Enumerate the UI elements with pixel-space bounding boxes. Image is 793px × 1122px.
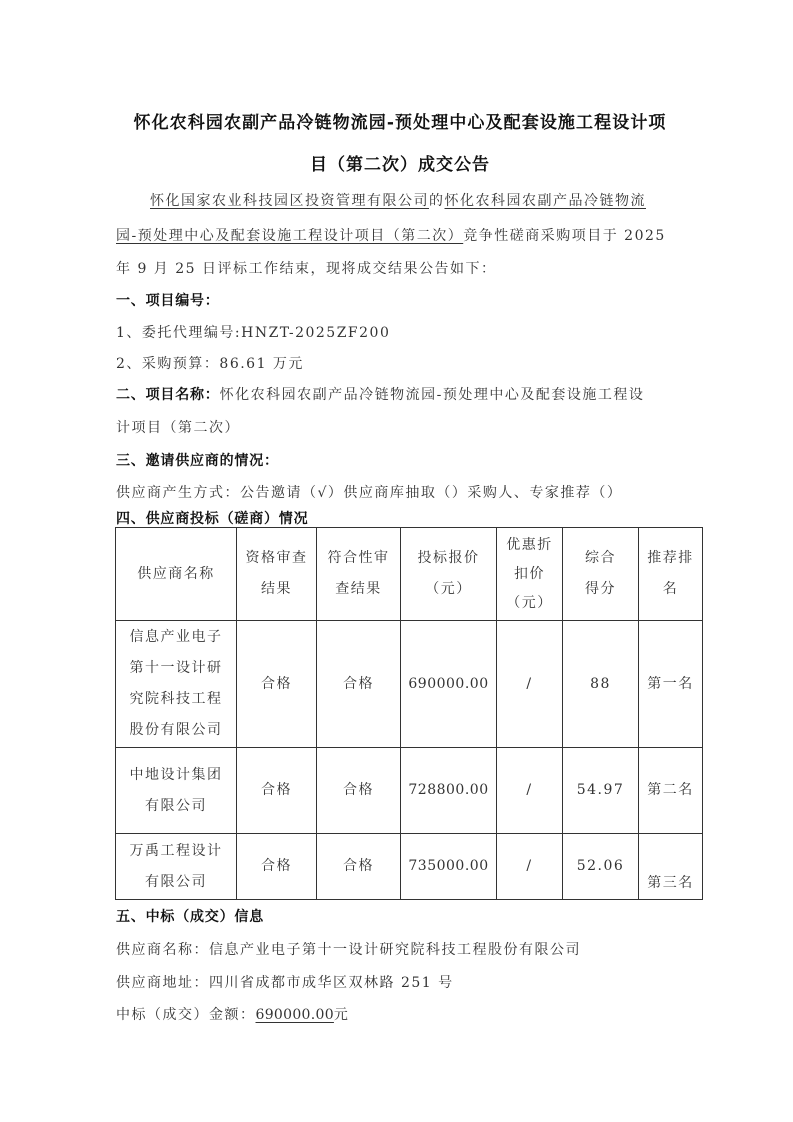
header-rank: 推荐排名 [639,528,703,621]
section1-heading: 一、项目编号： [116,290,220,310]
bid-table: 供应商名称 资格审查结果 符合性审查结果 投标报价（元） 优惠折扣价（元） 综合… [115,527,703,900]
table-row: 中地设计集团有限公司 合格 合格 728800.00 / 54.97 第二名 [116,748,703,834]
table-header-row: 供应商名称 资格审查结果 符合性审查结果 投标报价（元） 优惠折扣价（元） 综合… [116,528,703,621]
winning-supplier-name: 供应商名称：信息产业电子第十一设计研究院科技工程股份有限公司 [116,939,581,959]
header-discount-price: 优惠折扣价（元） [497,528,563,621]
cell-discount-price: / [497,834,563,900]
project-name-part1: 怀化农科园农副产品冷链物流 [445,193,647,209]
agency-number: 1、委托代理编号:HNZT-2025ZF200 [116,322,390,342]
section2-line1: 二、项目名称：怀化农科园农副产品冷链物流园-预处理中心及配套设施工程设 [116,384,644,404]
cell-score: 88 [563,621,639,748]
cell-rank: 第一名 [639,621,703,748]
announcement-page: 怀化农科园农副产品冷链物流园-预处理中心及配套设施工程设计项 目（第二次）成交公… [0,0,793,1122]
header-compliance: 符合性审查结果 [317,528,401,621]
cell-discount-price: / [497,621,563,748]
cell-bid-price: 728800.00 [401,748,497,834]
intro-line3: 年 9 月 25 日评标工作结束，现将成交结果公告如下： [116,258,497,278]
project-name-line1: 怀化农科园农副产品冷链物流园-预处理中心及配套设施工程设 [220,387,645,403]
cell-qualification: 合格 [237,748,317,834]
winning-amount-label: 中标（成交）金额： [116,1007,256,1023]
section3-heading: 三、邀请供应商的情况： [116,450,279,470]
intro-connector: 的 [429,193,445,209]
cell-rank: 第二名 [639,748,703,834]
project-name-line2: 计项目（第二次） [116,417,240,437]
header-qualification: 资格审查结果 [237,528,317,621]
section5-heading: 五、中标（成交）信息 [116,906,264,926]
table-row: 信息产业电子第十一设计研究院科技工程股份有限公司 合格 合格 690000.00… [116,621,703,748]
cell-score: 52.06 [563,834,639,900]
section2-heading: 二、项目名称： [116,387,220,403]
cell-bid-price: 735000.00 [401,834,497,900]
cell-qualification: 合格 [237,621,317,748]
cell-bid-price: 690000.00 [401,621,497,748]
cell-supplier-name: 中地设计集团有限公司 [116,748,237,834]
header-score: 综合得分 [563,528,639,621]
document-title-line2: 目（第二次）成交公告 [100,150,700,175]
cell-compliance: 合格 [317,748,401,834]
cell-supplier-name: 万禹工程设计有限公司 [116,834,237,900]
section4-heading: 四、供应商投标（磋商）情况 [116,508,308,528]
header-supplier-name: 供应商名称 [116,528,237,621]
cell-compliance: 合格 [317,621,401,748]
header-bid-price: 投标报价（元） [401,528,497,621]
cell-score: 54.97 [563,748,639,834]
table-row: 万禹工程设计有限公司 合格 合格 735000.00 / 52.06 第三名 [116,834,703,900]
winning-amount-value: 690000.00 [256,1007,334,1023]
supplier-method: 供应商产生方式：公告邀请（√）供应商库抽取（）采购人、专家推荐（） [116,482,622,502]
cell-rank: 第三名 [639,834,703,900]
winning-amount-unit: 元 [334,1007,350,1023]
document-title-line1: 怀化农科园农副产品冷链物流园-预处理中心及配套设施工程设计项 [100,108,700,133]
cell-supplier-name: 信息产业电子第十一设计研究院科技工程股份有限公司 [116,621,237,748]
purchaser-name: 怀化国家农业科技园区投资管理有限公司 [150,193,429,209]
cell-discount-price: / [497,748,563,834]
project-name-part2: 园-预处理中心及配套设施工程设计项目（第二次） [116,228,463,244]
cell-qualification: 合格 [237,834,317,900]
cell-compliance: 合格 [317,834,401,900]
winning-amount-line: 中标（成交）金额：690000.00元 [116,1004,349,1024]
intro-line2: 园-预处理中心及配套设施工程设计项目（第二次）竞争性磋商采购项目于 2025 [116,225,666,245]
intro-tail: 竞争性磋商采购项目于 2025 [463,228,666,244]
winning-supplier-address: 供应商地址：四川省成都市成华区双林路 251 号 [116,972,454,992]
procurement-budget: 2、采购预算：86.61 万元 [116,353,304,373]
intro-line1: 怀化国家农业科技园区投资管理有限公司的怀化农科园农副产品冷链物流 [150,190,646,210]
